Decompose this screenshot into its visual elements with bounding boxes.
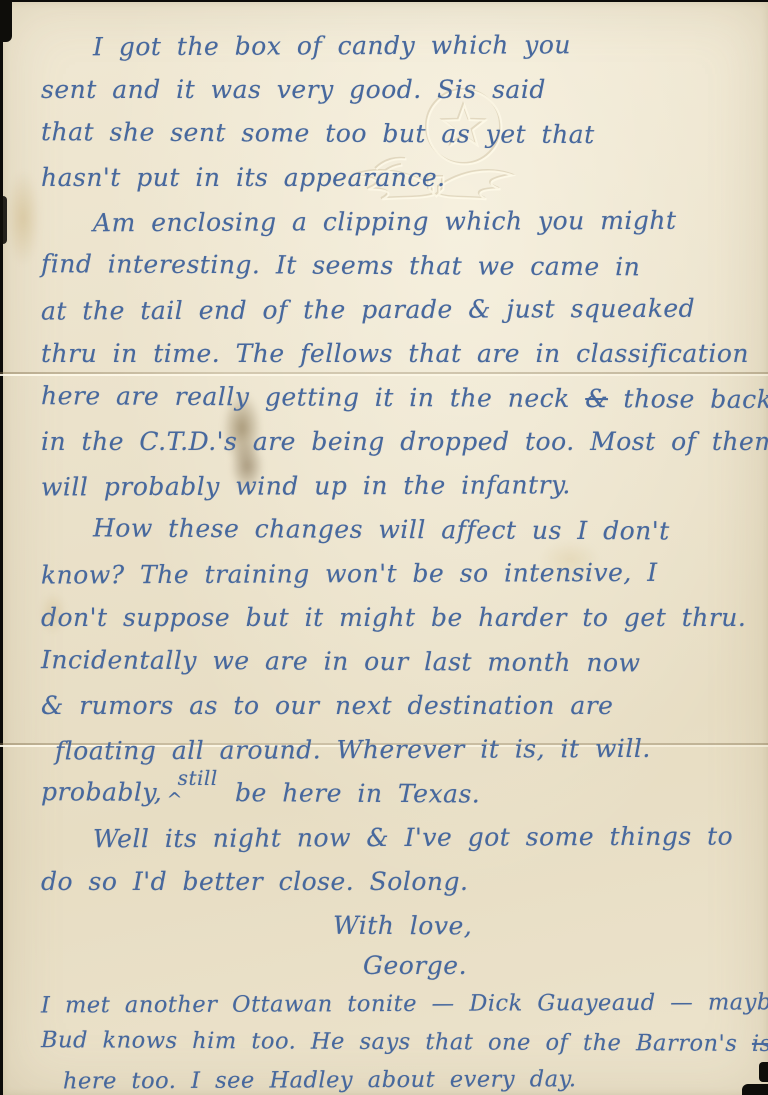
text-segment: probably, [41,777,162,807]
text-segment: thru in time. The fellows that are in cl… [41,339,749,368]
text-segment: here are really getting it in the neck [41,381,585,413]
text-segment: Bud knows him too. He says that one of t… [41,1027,752,1057]
text-segment: I met another Ottawan tonite — Dick Guay… [41,989,768,1018]
text-segment: & rumors as to our next destination are [41,691,613,720]
letter-line: Incidentally we are in our last month no… [41,640,742,688]
letter-line: sent and it was very good. Sis said [41,70,742,114]
text-segment: know? The training won't be so intensive… [41,558,658,590]
text-segment: With love, [333,911,472,941]
text-segment: George. [363,951,467,980]
letter-body: I got the box of candy which yousent and… [3,2,768,1095]
text-segment: be here in Texas. [220,778,481,808]
text-segment: do so I'd better close. Solong. [41,867,468,896]
letter-line: that she sent some too but as yet that [41,112,742,160]
text-segment: find interesting. It seems that we came … [41,249,640,281]
letter-line: I got the box of candy which you [41,24,742,71]
text-segment: those back [608,384,768,414]
letter-line: How these changes will affect us I don't [41,508,742,556]
letter-line: I met another Ottawan tonite — Dick Guay… [41,984,742,1025]
text-segment: in the C.T.D.'s are being dropped too. M… [41,427,768,456]
text-segment: will probably wind up in the infantry. [41,470,571,501]
text-segment: floating all around. Wherever it is, it … [55,734,651,766]
letter-line: & rumors as to our next destination are [41,686,742,730]
scanned-letter-page: I got the box of candy which yousent and… [0,0,768,1095]
text-segment: hasn't put in its appearance. [41,163,446,192]
text-segment: don't suppose but it might be harder to … [41,603,746,632]
letter-line: here are really getting it in the neck &… [41,376,742,424]
text-segment: Well its night now & I've got some thing… [93,822,733,854]
struck-word: & [585,384,608,413]
letter-line: Am enclosing a clipping which you might [41,200,742,247]
letter-line: here too. I see Hadley about every day. [41,1060,742,1095]
text-segment: Incidentally we are in our last month no… [41,645,641,677]
text-segment: I got the box of candy which you [93,30,571,61]
letter-line: George. [41,946,742,986]
letter-line: find interesting. It seems that we came … [41,244,742,292]
struck-word: is [752,1031,768,1057]
letter-line: thru in time. The fellows that are in cl… [41,334,742,378]
letter-line: floating all around. Wherever it is, it … [41,728,742,775]
text-segment: that she sent some too but as yet that [41,117,595,149]
text-segment: sent and it was very good. Sis said [41,75,546,104]
letter-line: Well its night now & I've got some thing… [41,816,742,863]
inserted-word: still [178,758,218,798]
letter-line: With love, [41,904,742,948]
text-segment: How these changes will affect us I don't [93,513,670,545]
letter-line: in the C.T.D.'s are being dropped too. M… [41,422,742,466]
letter-line: don't suppose but it might be harder to … [41,598,742,642]
letter-line: Bud knows him too. He says that one of t… [41,1022,742,1064]
letter-line: will probably wind up in the infantry. [41,464,742,511]
letter-line: at the tail end of the parade & just squ… [41,288,742,335]
letter-line: do so I'd better close. Solong. [41,862,742,906]
letter-line: know? The training won't be so intensive… [41,552,742,599]
letter-line: hasn't put in its appearance. [41,158,742,202]
text-segment: Am enclosing a clipping which you might [93,206,677,238]
letter-line: probably,^still be here in Texas. [41,772,742,820]
text-segment: here too. I see Hadley about every day. [63,1066,577,1094]
text-segment: at the tail end of the parade & just squ… [41,294,695,326]
